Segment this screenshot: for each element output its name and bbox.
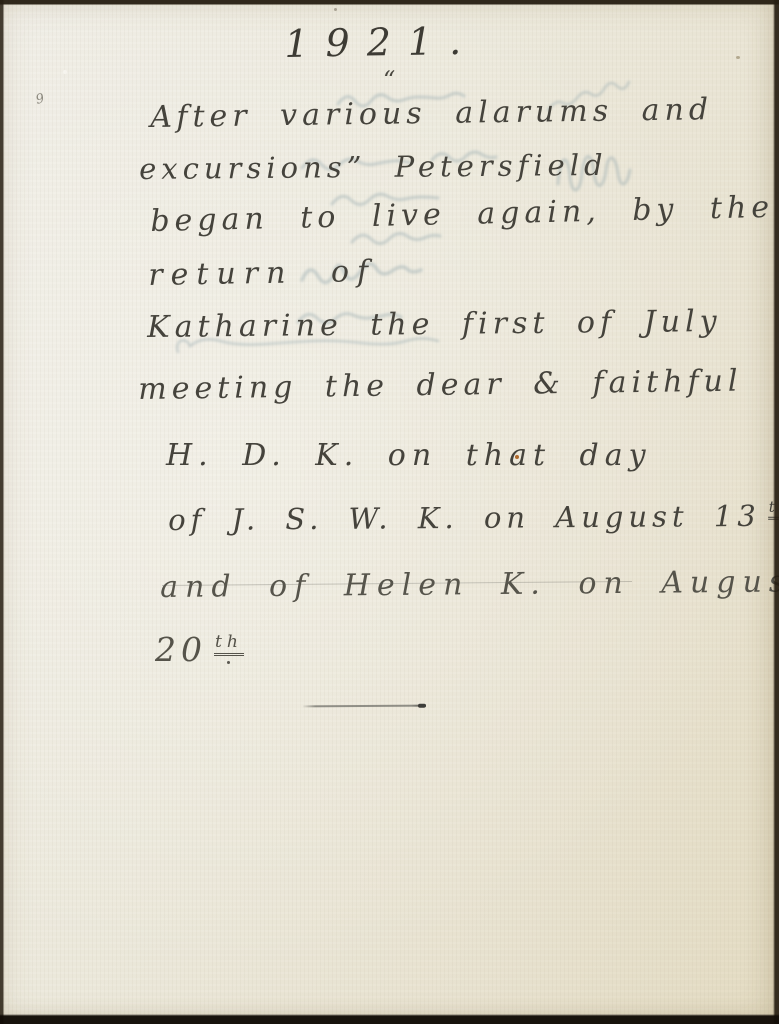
line-superscript: th	[214, 632, 244, 656]
line-text: Katharine the first of July	[147, 304, 722, 345]
paper-speck	[736, 56, 740, 59]
line-text: return of	[148, 254, 376, 293]
margin-pencil-mark: 9	[34, 91, 46, 108]
line-text: excursions” Petersfield	[139, 148, 608, 186]
diary-page-scan: 1921. “ 9 After various alarums and excu…	[0, 0, 779, 1024]
closing-rule	[303, 705, 426, 708]
line-text: 20	[155, 630, 207, 669]
handwritten-line-5: Katharine the first of July	[147, 304, 722, 345]
handwritten-line-4: return of	[148, 254, 376, 293]
handwritten-line-2: excursions” Petersfield	[139, 148, 608, 186]
line-text: H. D. K. on that day	[166, 438, 652, 473]
handwritten-line-8: of J. S. W. K. on August 13th	[168, 498, 779, 537]
paper-speck	[334, 8, 337, 11]
handwritten-line-6: meeting the dear & faithful	[138, 364, 743, 407]
line-text: of J. S. W. K. on August 13	[168, 499, 761, 537]
line-superscript: th	[768, 498, 779, 520]
quotation-mark: “	[383, 66, 395, 94]
year-heading: 1921.	[284, 19, 479, 66]
handwritten-line-10: 20th	[155, 630, 244, 669]
paper-speck	[63, 70, 67, 74]
line-text: meeting the dear & faithful	[138, 364, 743, 407]
handwritten-line-7: H. D. K. on that day	[166, 438, 652, 473]
ink-blot	[418, 704, 426, 708]
